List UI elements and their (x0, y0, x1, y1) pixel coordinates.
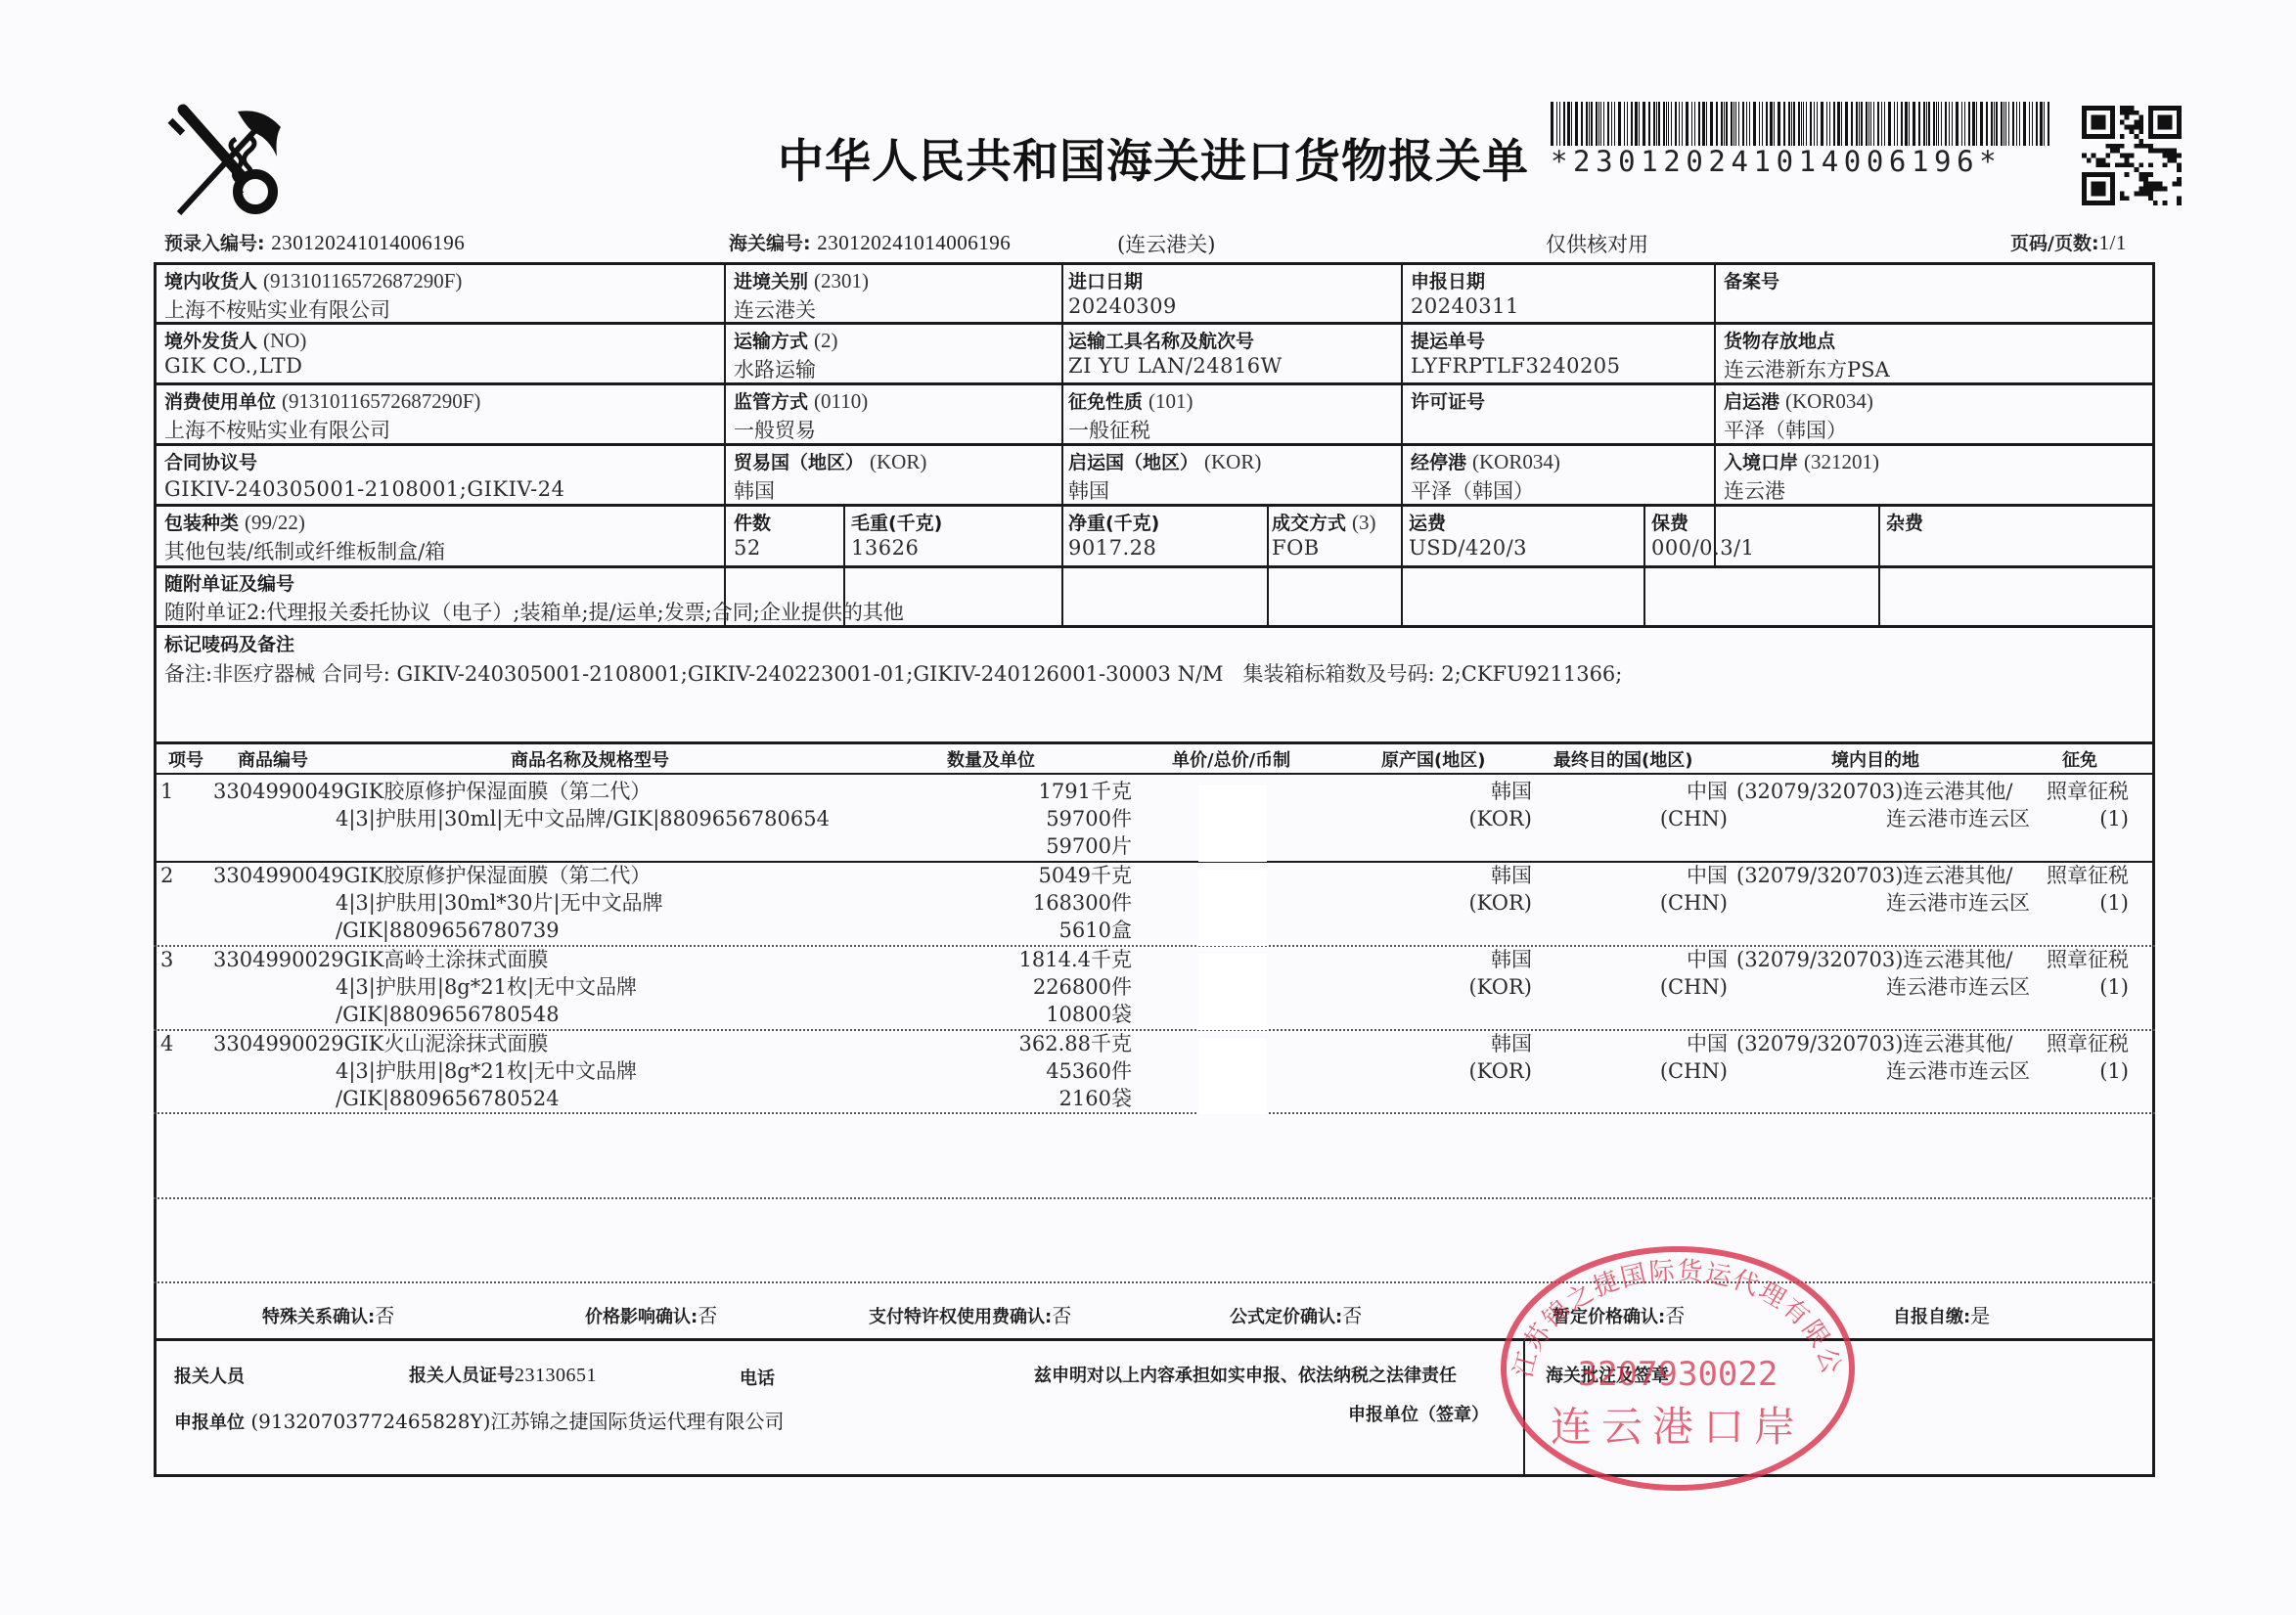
transport-mode-value: 水路运输 (734, 354, 816, 383)
goods-domestic-district: 连云港市连云区 (1761, 1057, 2030, 1085)
col-levy: 征免 (2062, 746, 2097, 772)
goods-item-no: 2 (160, 862, 173, 889)
col-name-spec: 商品名称及规格型号 (511, 746, 669, 772)
goods-final-dest: 中国 (1565, 1030, 1728, 1057)
goods-quantity: 59700件 (861, 805, 1132, 832)
departure-country-label: 启运国（地区）(KOR) (1068, 448, 1261, 474)
goods-levy: 照章征税 (2035, 946, 2129, 973)
goods-hs-code-name: 3304990049GIK胶原修护保湿面膜（第二代） (213, 862, 651, 889)
license-no-label: 许可证号 (1411, 387, 1485, 414)
transit-port-value: 平泽（韩国） (1411, 475, 1534, 505)
goods-levy-code: (1) (2035, 973, 2129, 1001)
trade-country-value: 韩国 (734, 475, 775, 505)
col-final-dest: 最终目的国(地区) (1553, 746, 1692, 772)
entry-customs-label: 进境关别(2301) (734, 267, 869, 293)
goods-final-dest-code: (CHN) (1565, 1057, 1728, 1085)
broker-label: 报关人员 (174, 1363, 245, 1388)
goods-item-no: 4 (160, 1030, 173, 1057)
storage-place-value: 连云港新东方PSA (1724, 354, 1890, 383)
col-item-no: 项号 (168, 746, 203, 772)
goods-spec: 4|3|护肤用|30ml|无中文品牌/GIK|8809656780654 (336, 805, 830, 832)
vessel-label: 运输工具名称及航次号 (1068, 327, 1254, 353)
consignee-value: 上海不桉贴实业有限公司 (164, 294, 390, 324)
supervision-mode-label: 监管方式(0110) (734, 387, 868, 414)
insurance-label: 保费 (1651, 509, 1688, 535)
goods-quantity: 10800袋 (861, 1001, 1132, 1028)
goods-final-dest: 中国 (1565, 862, 1728, 889)
net-weight-value: 9017.28 (1068, 536, 1156, 560)
goods-spec: 4|3|护肤用|30ml*30片|无中文品牌 (336, 889, 663, 917)
departure-port-label: 启运港(KOR034) (1724, 387, 1873, 414)
package-type-value: 其他包装/纸制或纤维板制盒/箱 (164, 536, 445, 565)
page-indicator: 页码/页数:1/1 (2010, 229, 2127, 255)
goods-quantity: 1791千克 (861, 778, 1132, 805)
price-redaction (1198, 1038, 1267, 1114)
goods-quantity: 226800件 (861, 973, 1132, 1001)
pre-entry-label: 预录入编号: (164, 233, 265, 254)
goods-quantity: 5610盒 (861, 917, 1132, 944)
confirmation-item: 自报自缴:是 (1893, 1300, 1990, 1328)
goods-domestic-district: 连云港市连云区 (1761, 805, 2030, 832)
confirmation-item: 暂定价格确认:否 (1553, 1300, 1685, 1328)
pre-entry-value: 230120241014006196 (271, 231, 465, 254)
gross-weight-value: 13626 (851, 536, 919, 560)
contract-no-value: GIKIV-240305001-2108001;GIKIV-24 (164, 477, 564, 501)
goods-levy-code: (1) (2035, 1057, 2129, 1085)
page-value: 1/1 (2099, 231, 2127, 254)
goods-final-dest: 中国 (1565, 946, 1728, 973)
consumer-label: 消费使用单位(91310116572687290F) (164, 387, 480, 414)
goods-levy-code: (1) (2035, 805, 2129, 832)
col-price: 单价/总价/币制 (1172, 746, 1290, 772)
goods-domestic-dest: (32079/320703)连云港其他/ (1736, 1030, 2013, 1057)
misc-fees-label: 杂费 (1886, 509, 1923, 535)
price-redaction (1198, 954, 1267, 1030)
goods-spec: /GIK|8809656780739 (336, 917, 560, 944)
pieces-value: 52 (734, 536, 761, 560)
col-origin: 原产国(地区) (1381, 746, 1485, 772)
contract-no-label: 合同协议号 (164, 448, 257, 474)
confirmation-item: 特殊关系确认:否 (262, 1300, 394, 1328)
goods-levy-code: (1) (2035, 889, 2129, 917)
goods-quantity: 362.88千克 (861, 1030, 1132, 1057)
goods-item-no: 1 (160, 778, 173, 805)
price-redaction (1198, 870, 1267, 946)
col-domestic-dest: 境内目的地 (1831, 746, 1919, 772)
entry-customs-value: 连云港关 (734, 294, 816, 324)
consumer-value: 上海不桉贴实业有限公司 (164, 415, 390, 444)
china-customs-emblem-icon (161, 98, 289, 220)
confirmation-item: 支付特许权使用费确认:否 (869, 1300, 1071, 1328)
bill-no-value: LYFRPTLF3240205 (1411, 354, 1621, 378)
goods-item-no: 3 (160, 946, 173, 973)
goods-domestic-district: 连云港市连云区 (1761, 973, 2030, 1001)
confirmation-item: 价格影响确认:否 (585, 1300, 717, 1328)
goods-final-dest-code: (CHN) (1565, 973, 1728, 1001)
overseas-shipper-label: 境外发货人(NO) (164, 327, 306, 353)
transport-mode-label: 运输方式(2) (734, 327, 838, 353)
customs-office: (连云港关) (1117, 229, 1215, 258)
attached-docs-value: 随附单证2:代理报关委托协议（电子）;装箱单;提/运单;发票;合同;企业提供的其… (164, 597, 904, 626)
page-label: 页码/页数: (2010, 233, 2099, 254)
customs-number: 海关编号: 230120241014006196 (729, 229, 1011, 255)
goods-hs-code-name: 3304990029GIK火山泥涂抹式面膜 (213, 1030, 548, 1057)
declarant-unit: 申报单位 (91320703772465828Y)江苏锦之捷国际货运代理有限公司 (174, 1406, 785, 1434)
record-no-label: 备案号 (1724, 267, 1779, 293)
supervision-mode-value: 一般贸易 (734, 415, 816, 444)
departure-port-value: 平泽（韩国） (1724, 415, 1847, 444)
goods-quantity: 59700片 (861, 832, 1132, 860)
price-redaction (1198, 785, 1267, 862)
goods-levy: 照章征税 (2035, 862, 2129, 889)
goods-quantity: 2160袋 (861, 1085, 1132, 1112)
consignee-label: 境内收货人(91310116572687290F) (164, 267, 462, 293)
package-type-label: 包装种类(99/22) (164, 509, 305, 535)
marks-remarks-value: 备注:非医疗器械 合同号: GIKIV-240305001-2108001;GI… (164, 658, 1622, 688)
verify-only-note: 仅供核对用 (1546, 229, 1648, 258)
goods-spec: 4|3|护肤用|8g*21枚|无中文品牌 (336, 973, 637, 1001)
levy-nature-value: 一般征税 (1068, 415, 1150, 444)
barcode-number: *230120241014006196* (1551, 145, 2049, 178)
goods-origin-code: (KOR) (1370, 1057, 1532, 1085)
insurance-value: 000/0.3/1 (1651, 536, 1755, 560)
col-hs-code: 商品编号 (238, 746, 308, 772)
qr-code-icon (2079, 106, 2184, 205)
net-weight-label: 净重(千克) (1068, 509, 1159, 535)
barcode-icon (1551, 102, 2049, 146)
goods-origin: 韩国 (1370, 862, 1532, 889)
declare-date-label: 申报日期 (1411, 267, 1485, 293)
goods-spec: 4|3|护肤用|8g*21枚|无中文品牌 (336, 1057, 637, 1085)
pre-entry-number: 预录入编号: 230120241014006196 (164, 229, 465, 255)
bill-no-label: 提运单号 (1411, 327, 1485, 353)
goods-quantity: 5049千克 (861, 862, 1132, 889)
goods-origin-code: (KOR) (1370, 973, 1532, 1001)
goods-domestic-district: 连云港市连云区 (1761, 889, 2030, 917)
declaration-statement: 兹申明对以上内容承担如实申报、依法纳税之法律责任 (1034, 1362, 1457, 1387)
goods-levy: 照章征税 (2035, 778, 2129, 805)
goods-quantity: 45360件 (861, 1057, 1132, 1085)
import-date-value: 20240309 (1068, 294, 1177, 318)
goods-quantity: 1814.4千克 (861, 946, 1132, 973)
customs-number-label: 海关编号: (729, 233, 811, 254)
overseas-shipper-value: GIK CO.,LTD (164, 354, 302, 378)
entry-port-value: 连云港 (1724, 475, 1785, 505)
goods-spec: /GIK|8809656780524 (336, 1085, 560, 1112)
storage-place-label: 货物存放地点 (1724, 327, 1835, 353)
customs-approval-label: 海关批注及签章 (1546, 1362, 1669, 1387)
entry-port-label: 入境口岸(321201) (1724, 448, 1879, 474)
goods-origin-code: (KOR) (1370, 889, 1532, 917)
phone-label: 电话 (740, 1365, 775, 1390)
attached-docs-label: 随附单证及编号 (164, 569, 294, 596)
goods-origin: 韩国 (1370, 778, 1532, 805)
confirmation-item: 公式定价确认:否 (1230, 1300, 1362, 1328)
goods-origin: 韩国 (1370, 946, 1532, 973)
trade-terms-label: 成交方式(3) (1272, 509, 1376, 535)
goods-origin-code: (KOR) (1370, 805, 1532, 832)
goods-hs-code-name: 3304990049GIK胶原修护保湿面膜（第二代） (213, 778, 651, 805)
goods-final-dest-code: (CHN) (1565, 889, 1728, 917)
goods-domestic-dest: (32079/320703)连云港其他/ (1736, 778, 2013, 805)
gross-weight-label: 毛重(千克) (851, 509, 942, 535)
declare-date-value: 20240311 (1411, 294, 1519, 318)
departure-country-value: 韩国 (1068, 475, 1109, 505)
trade-country-label: 贸易国（地区）(KOR) (734, 448, 926, 474)
freight-value: USD/420/3 (1409, 536, 1527, 560)
goods-final-dest: 中国 (1565, 778, 1728, 805)
vessel-value: ZI YU LAN/24816W (1068, 354, 1283, 378)
goods-domestic-dest: (32079/320703)连云港其他/ (1736, 862, 2013, 889)
customs-number-value: 230120241014006196 (817, 231, 1011, 254)
goods-origin: 韩国 (1370, 1030, 1532, 1057)
marks-remarks-label: 标记唛码及备注 (164, 630, 294, 656)
col-quantity: 数量及单位 (947, 746, 1035, 772)
goods-levy: 照章征税 (2035, 1030, 2129, 1057)
goods-spec: /GIK|8809656780548 (336, 1001, 560, 1028)
goods-final-dest-code: (CHN) (1565, 805, 1728, 832)
pieces-label: 件数 (734, 509, 771, 535)
declarant-seal-label: 申报单位（签章） (1348, 1401, 1489, 1426)
transit-port-label: 经停港(KOR034) (1411, 448, 1560, 474)
goods-hs-code-name: 3304990029GIK高岭土涂抹式面膜 (213, 946, 548, 973)
freight-label: 运费 (1409, 509, 1446, 535)
levy-nature-label: 征免性质(101) (1068, 387, 1193, 414)
broker-cert: 报关人员证号23130651 (409, 1362, 597, 1387)
trade-terms-value: FOB (1272, 536, 1320, 560)
goods-domestic-dest: (32079/320703)连云港其他/ (1736, 946, 2013, 973)
document-title: 中华人民共和国海关进口货物报关单 (778, 125, 1529, 191)
import-date-label: 进口日期 (1068, 267, 1143, 293)
goods-quantity: 168300件 (861, 889, 1132, 917)
